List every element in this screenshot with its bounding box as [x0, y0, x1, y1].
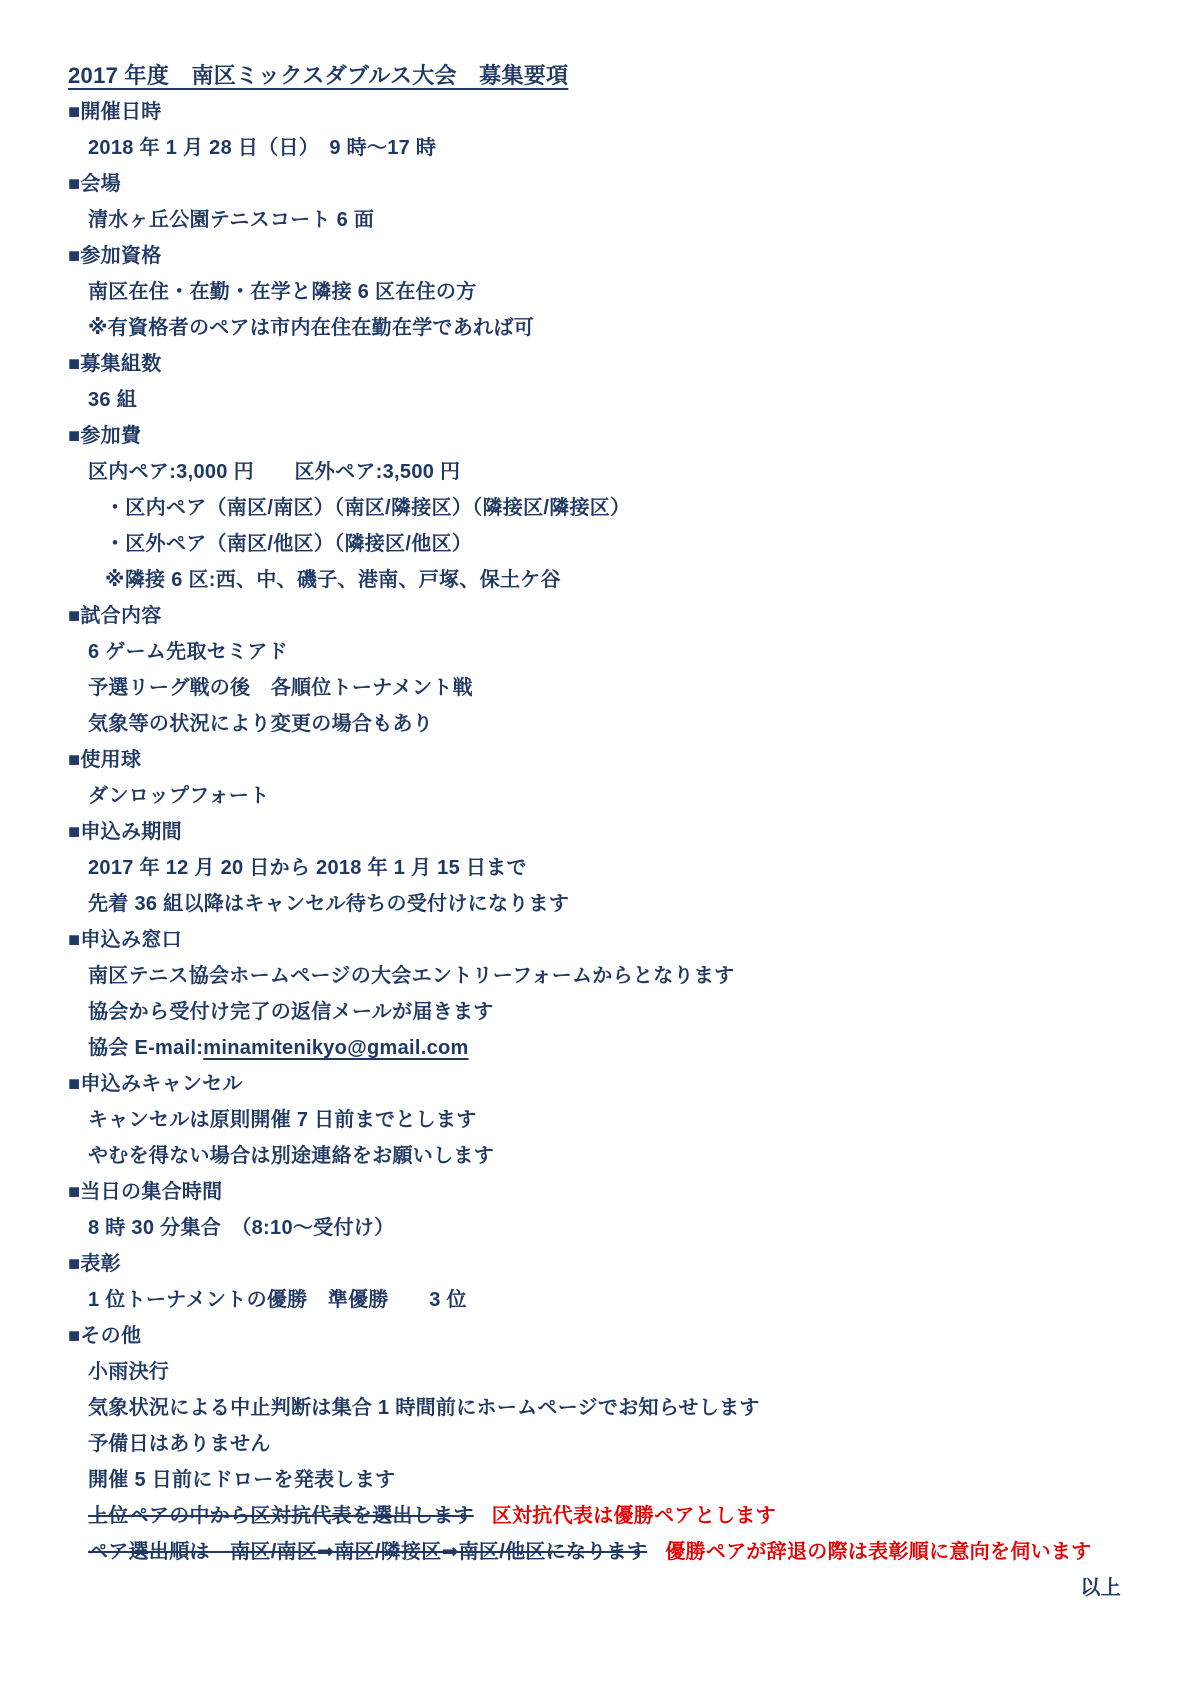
section-heading: ■使用球 [68, 742, 1123, 778]
revised-line: ペア選出順は 南区/南区⇒南区/隣接区⇒南区/他区になります優勝ペアが辞退の際は… [68, 1534, 1123, 1570]
body-line: 南区在住・在勤・在学と隣接 6 区在住の方 [68, 274, 1123, 310]
body-line: 2018 年 1 月 28 日（日） 9 時～17 時 [68, 130, 1123, 166]
body-line: 2017 年 12 月 20 日から 2018 年 1 月 15 日まで [68, 850, 1123, 886]
closing-line: 以上 [68, 1570, 1123, 1606]
body-line: 予備日はありません [68, 1426, 1123, 1462]
struck-text: ペア選出順は 南区/南区⇒南区/隣接区⇒南区/他区になります [88, 1541, 647, 1563]
section-heading: ■その他 [68, 1318, 1123, 1354]
body-line: 開催 5 日前にドローを発表します [68, 1462, 1123, 1498]
body-line: 南区テニス協会ホームページの大会エントリーフォームからとなります [68, 958, 1123, 994]
revision-text: 区対抗代表は優勝ペアとします [492, 1505, 776, 1527]
revision-text: 優勝ペアが辞退の際は表彰順に意向を伺います [665, 1541, 1091, 1563]
body-line: ダンロップフォート [68, 778, 1123, 814]
sub-item-line: ※隣接 6 区:西、中、磯子、港南、戸塚、保土ケ谷 [68, 562, 1123, 598]
body-line: やむを得ない場合は別途連絡をお願いします [68, 1138, 1123, 1174]
section-heading: ■参加費 [68, 418, 1123, 454]
body-line: 気象状況による中止判断は集合 1 時間前にホームページでお知らせします [68, 1390, 1123, 1426]
body-line: 気象等の状況により変更の場合もあり [68, 706, 1123, 742]
section-heading: ■会場 [68, 166, 1123, 202]
section-heading: ■表彰 [68, 1246, 1123, 1282]
body-line: 先着 36 組以降はキャンセル待ちの受付けになります [68, 886, 1123, 922]
section-heading: ■当日の集合時間 [68, 1174, 1123, 1210]
section-heading: ■開催日時 [68, 94, 1123, 130]
document-body: ■開催日時2018 年 1 月 28 日（日） 9 時～17 時■会場清水ヶ丘公… [68, 94, 1123, 1570]
section-heading: ■試合内容 [68, 598, 1123, 634]
sub-item-line: ・区内ペア（南区/南区）（南区/隣接区）（隣接区/隣接区） [68, 490, 1123, 526]
body-line: 8 時 30 分集合 （8:10～受付け） [68, 1210, 1123, 1246]
section-heading: ■申込みキャンセル [68, 1066, 1123, 1102]
section-heading: ■申込み窓口 [68, 922, 1123, 958]
body-line: 36 組 [68, 382, 1123, 418]
section-heading: ■参加資格 [68, 238, 1123, 274]
body-line: 1 位トーナメントの優勝 準優勝 3 位 [68, 1282, 1123, 1318]
body-line: 小雨決行 [68, 1354, 1123, 1390]
body-line: ※有資格者のペアは市内在住在勤在学であれば可 [68, 310, 1123, 346]
email-label: 協会 E-mail: [88, 1037, 203, 1059]
document: 2017 年度 南区ミックスダブルス大会 募集要項 ■開催日時2018 年 1 … [68, 58, 1123, 1606]
email-line: 協会 E-mail:minamitenikyo@gmail.com [68, 1030, 1123, 1066]
body-line: 清水ヶ丘公園テニスコート 6 面 [68, 202, 1123, 238]
struck-text: 上位ペアの中から区対抗代表を選出します [88, 1505, 474, 1527]
section-heading: ■募集組数 [68, 346, 1123, 382]
revised-line: 上位ペアの中から区対抗代表を選出します区対抗代表は優勝ペアとします [68, 1498, 1123, 1534]
body-line: 予選リーグ戦の後 各順位トーナメント戦 [68, 670, 1123, 706]
email-link[interactable]: minamitenikyo@gmail.com [203, 1037, 468, 1059]
body-line: 協会から受付け完了の返信メールが届きます [68, 994, 1123, 1030]
body-line: 6 ゲーム先取セミアド [68, 634, 1123, 670]
body-line: 区内ペア:3,000 円 区外ペア:3,500 円 [68, 454, 1123, 490]
document-title: 2017 年度 南区ミックスダブルス大会 募集要項 [68, 58, 1123, 94]
body-line: キャンセルは原則開催 7 日前までとします [68, 1102, 1123, 1138]
sub-item-line: ・区外ペア（南区/他区）（隣接区/他区） [68, 526, 1123, 562]
section-heading: ■申込み期間 [68, 814, 1123, 850]
